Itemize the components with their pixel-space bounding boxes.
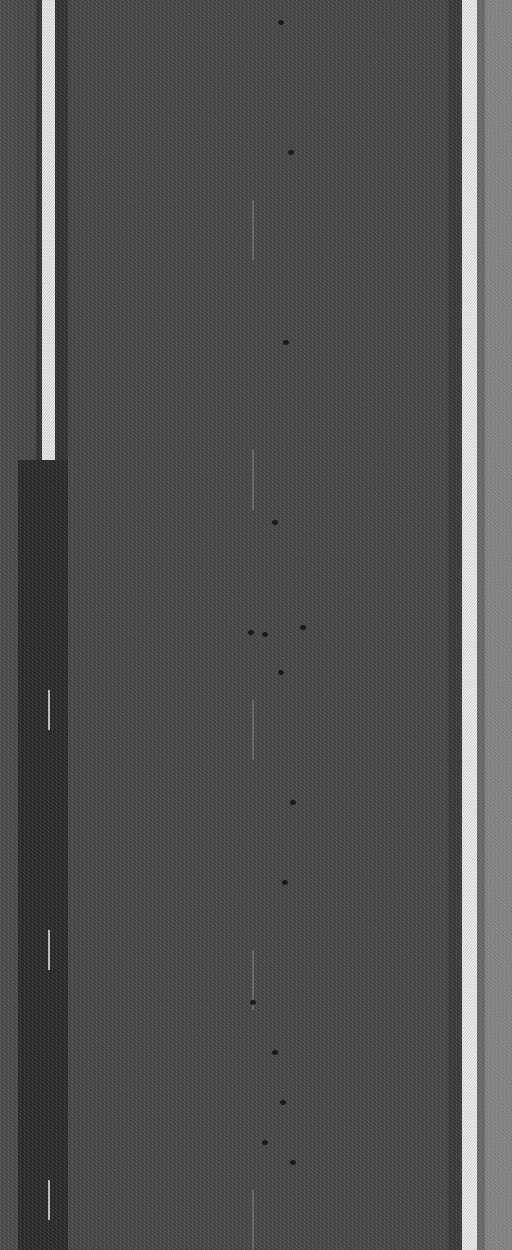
seam-dash	[252, 450, 254, 510]
lane-dash	[48, 690, 50, 730]
lane-dash	[48, 1180, 50, 1220]
seam-dash	[252, 200, 254, 260]
stain	[290, 800, 296, 805]
left-dark-band	[18, 460, 70, 1250]
right-curb	[485, 0, 512, 1250]
stain	[282, 880, 288, 885]
seam-dash	[252, 700, 254, 760]
stain	[283, 340, 289, 345]
stain	[278, 670, 284, 675]
lane-dash	[48, 930, 50, 970]
stain	[272, 520, 278, 525]
road-aerial-image	[0, 0, 512, 1250]
stain	[250, 1000, 256, 1005]
stain	[288, 150, 294, 155]
stain	[300, 625, 306, 630]
stain	[290, 1160, 296, 1165]
left-solid-edge-line	[42, 0, 55, 460]
left-shoulder	[0, 0, 20, 1250]
stain	[248, 630, 254, 635]
asphalt-lane	[68, 0, 460, 1250]
stain	[262, 1140, 268, 1145]
right-edge-shadow	[448, 0, 462, 1250]
stain	[280, 1100, 286, 1105]
right-gutter	[477, 0, 485, 1250]
stain	[262, 632, 268, 637]
stain	[272, 1050, 278, 1055]
right-solid-edge-line	[462, 0, 477, 1250]
stain	[278, 20, 284, 25]
seam-dash	[252, 1190, 254, 1250]
